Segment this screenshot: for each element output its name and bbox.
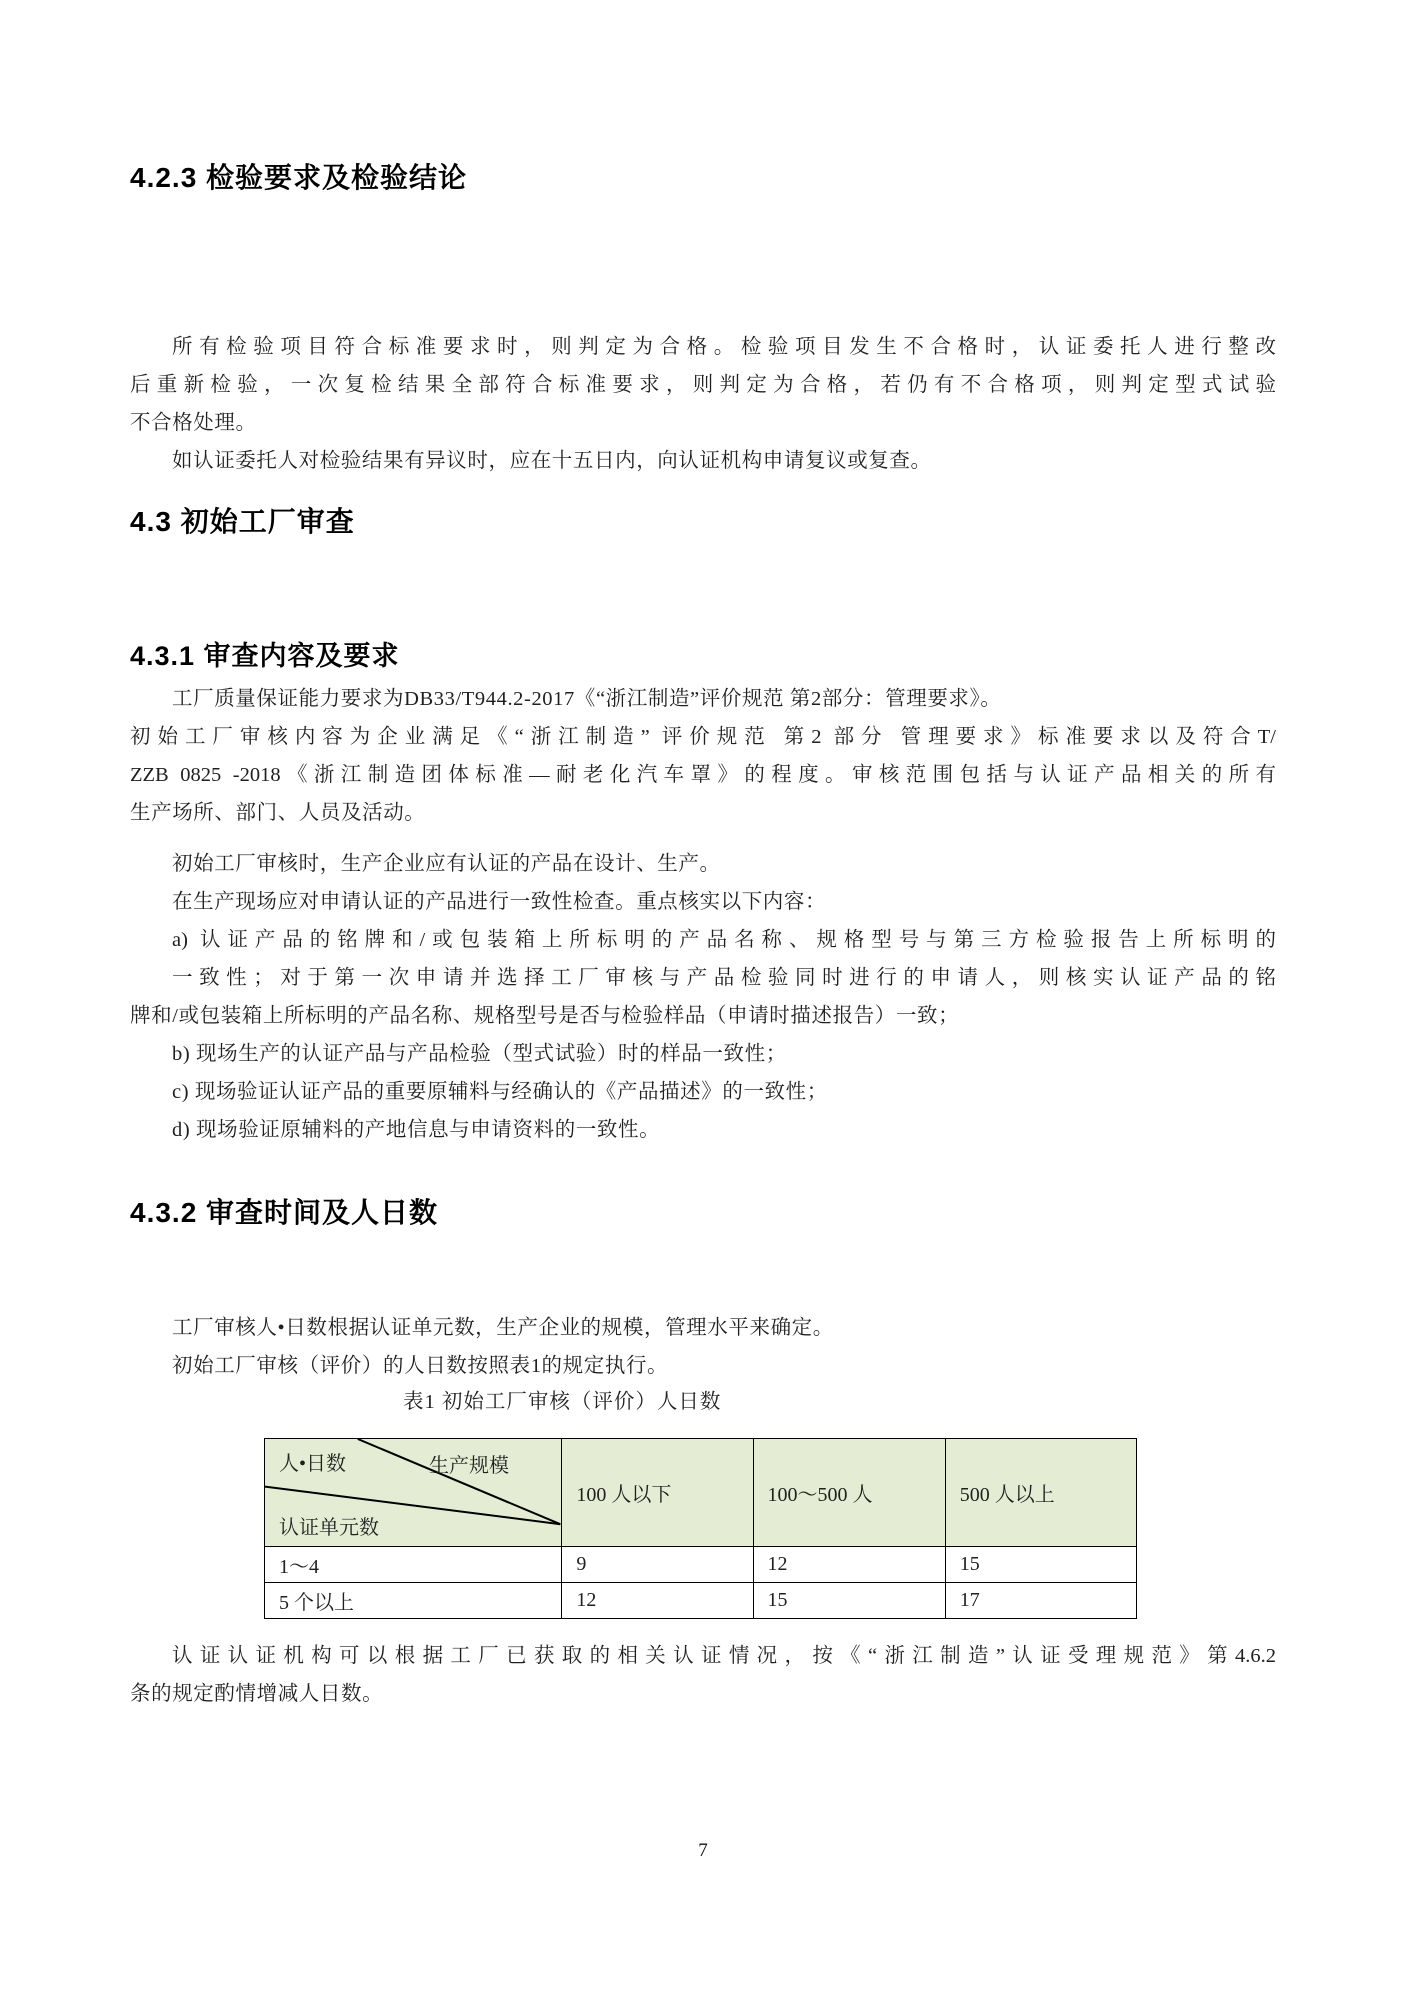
text-line: 在生产现场应对申请认证的产品进行一致性检查。重点核实以下内容： bbox=[130, 883, 1276, 921]
audit-mandays-table: 人•日数 生产规模 认证单元数 100 人以下 100～500 人 500 人以… bbox=[264, 1438, 1137, 1619]
text-line: 条的规定酌情增减人日数。 bbox=[130, 1675, 1276, 1713]
text-line: 工厂质量保证能力要求为DB33/T944.2-2017《“浙江制造”评价规范 第… bbox=[130, 680, 1276, 718]
paragraph-consistency-check: 初始工厂审核时，生产企业应有认证的产品在设计、生产。 在生产现场应对申请认证的产… bbox=[130, 845, 1276, 1149]
corner-label-units: 认证单元数 bbox=[279, 1511, 379, 1540]
section-heading-4-3-1: 4.3.1 审查内容及要求 bbox=[130, 638, 1276, 674]
page-number: 7 bbox=[130, 1840, 1276, 1862]
document-page: 4.2.3 检验要求及检验结论 所有检验项目符合标准要求时，则判定为合格。检验项… bbox=[0, 0, 1406, 2000]
paragraph-audit-content: 工厂质量保证能力要求为DB33/T944.2-2017《“浙江制造”评价规范 第… bbox=[130, 680, 1276, 832]
column-header: 500 人以上 bbox=[945, 1439, 1136, 1547]
text-line: 初始工厂审核内容为企业满足《“浙江制造” 评价规范 第2 部分 管理要求》标准要… bbox=[130, 718, 1276, 756]
text-line: 生产场所、部门、人员及活动。 bbox=[130, 794, 1276, 832]
cell: 12 bbox=[562, 1583, 753, 1619]
paragraph-inspection-conclusion: 所有检验项目符合标准要求时，则判定为合格。检验项目发生不合格时，认证委托人进行整… bbox=[130, 328, 1276, 480]
text-line: 认证认证机构可以根据工厂已获取的相关认证情况，按《“浙江制造”认证受理规范》第4… bbox=[130, 1637, 1276, 1675]
table-row: 1～4 9 12 15 bbox=[265, 1547, 1137, 1583]
text-line: 如认证委托人对检验结果有异议时，应在十五日内，向认证机构申请复议或复查。 bbox=[130, 442, 1276, 480]
row-label: 1～4 bbox=[265, 1547, 562, 1583]
section-heading-4-3: 4.3 初始工厂审查 bbox=[130, 504, 1276, 540]
table-row: 5 个以上 12 15 17 bbox=[265, 1583, 1137, 1619]
text-line: ZZB 0825 -2018《浙江制造团体标准—耐老化汽车罩》的程度。审核范围包… bbox=[130, 756, 1276, 794]
section-heading-4-3-2: 4.3.2 审查时间及人日数 bbox=[130, 1195, 1276, 1231]
text-line: 后重新检验，一次复检结果全部符合标准要求，则判定为合格，若仍有不合格项，则判定型… bbox=[130, 366, 1276, 404]
corner-label-scale: 生产规模 bbox=[429, 1449, 509, 1478]
table-caption: 表1 初始工厂审核（评价）人日数 bbox=[403, 1387, 1276, 1417]
text-line: 不合格处理。 bbox=[130, 404, 1276, 442]
column-header: 100 人以下 bbox=[562, 1439, 753, 1547]
paragraph-mandays: 工厂审核人•日数根据认证单元数，生产企业的规模，管理水平来确定。 初始工厂审核（… bbox=[130, 1309, 1276, 1385]
corner-label-mandays: 人•日数 bbox=[279, 1447, 346, 1476]
list-item-c: c) 现场验证认证产品的重要原辅料与经确认的《产品描述》的一致性； bbox=[130, 1073, 1276, 1111]
cell: 15 bbox=[753, 1583, 945, 1619]
section-heading-4-2-3: 4.2.3 检验要求及检验结论 bbox=[130, 160, 1276, 196]
list-item-d: d) 现场验证原辅料的产地信息与申请资料的一致性。 bbox=[130, 1111, 1276, 1149]
text-line: 初始工厂审核时，生产企业应有认证的产品在设计、生产。 bbox=[130, 845, 1276, 883]
list-item-b: b) 现场生产的认证产品与产品检验（型式试验）时的样品一致性； bbox=[130, 1035, 1276, 1073]
column-header: 100～500 人 bbox=[753, 1439, 945, 1547]
cell: 15 bbox=[945, 1547, 1136, 1583]
text-line: 牌和/或包装箱上所标明的产品名称、规格型号是否与检验样品（申请时描述报告）一致； bbox=[130, 997, 1276, 1035]
text-line: 工厂审核人•日数根据认证单元数，生产企业的规模，管理水平来确定。 bbox=[130, 1309, 1276, 1347]
paragraph-adjust-mandays: 认证认证机构可以根据工厂已获取的相关认证情况，按《“浙江制造”认证受理规范》第4… bbox=[130, 1637, 1276, 1713]
cell: 9 bbox=[562, 1547, 753, 1583]
text-line: 所有检验项目符合标准要求时，则判定为合格。检验项目发生不合格时，认证委托人进行整… bbox=[130, 328, 1276, 366]
text-line: 一致性；对于第一次申请并选择工厂审核与产品检验同时进行的申请人，则核实认证产品的… bbox=[130, 959, 1276, 997]
text-line: 初始工厂审核（评价）的人日数按照表1的规定执行。 bbox=[130, 1347, 1276, 1385]
row-label: 5 个以上 bbox=[265, 1583, 562, 1619]
table-header-row: 人•日数 生产规模 认证单元数 100 人以下 100～500 人 500 人以… bbox=[265, 1439, 1137, 1547]
cell: 12 bbox=[753, 1547, 945, 1583]
list-item-a: a) 认证产品的铭牌和/或包装箱上所标明的产品名称、规格型号与第三方检验报告上所… bbox=[130, 921, 1276, 959]
cell: 17 bbox=[945, 1583, 1136, 1619]
table-corner-cell: 人•日数 生产规模 认证单元数 bbox=[265, 1439, 562, 1547]
